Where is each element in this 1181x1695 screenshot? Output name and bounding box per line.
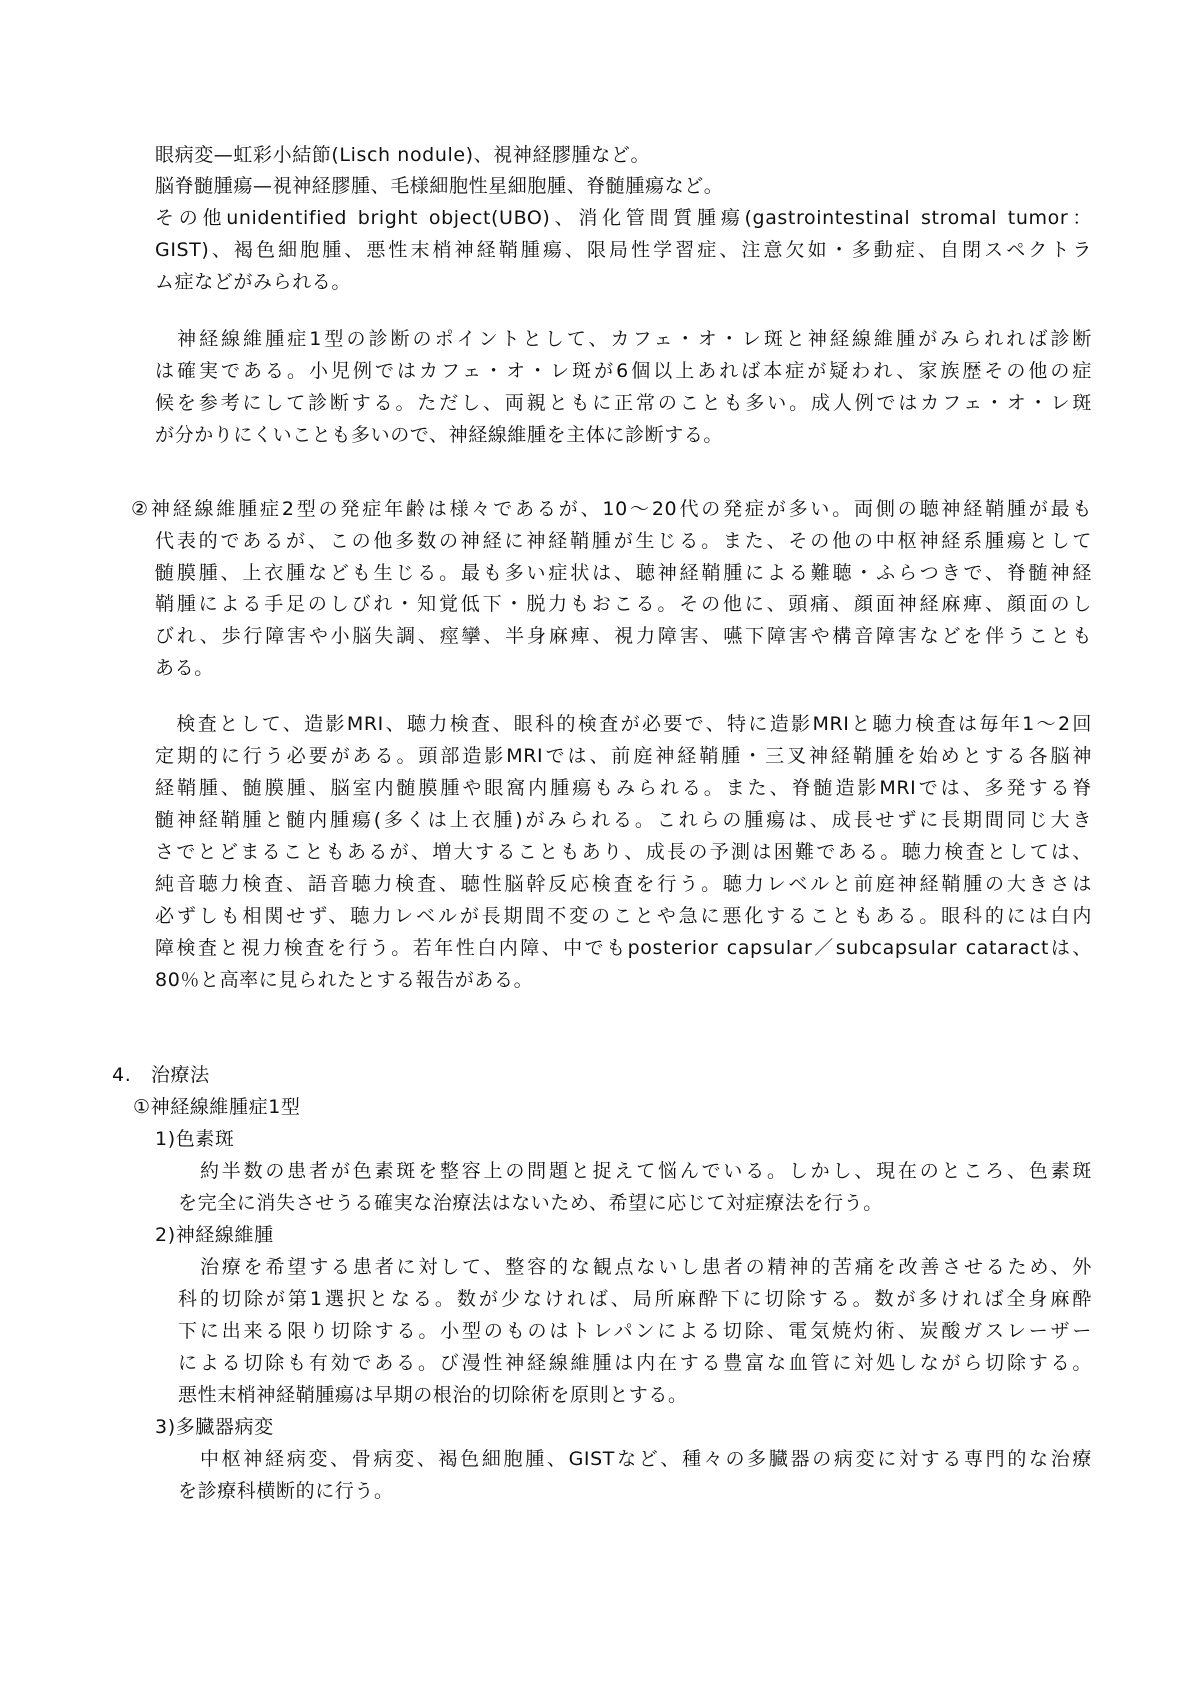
text-line: 悪性末梢神経鞘腫瘍は早期の根治的切除術を原則とする。: [178, 1383, 688, 1407]
text-line: その他unidentified bright object(UBO)、消化管間質…: [155, 206, 1092, 230]
text-line: ある。: [155, 656, 214, 680]
text-line: 定期的に行う必要がある。頭部造影MRIでは、前庭神経鞘腫・三叉神経鞘腫を始めとす…: [155, 744, 1092, 768]
text-line: 治療を希望する患者に対して、整容的な観点ないし患者の精神的苦痛を改善させるため、…: [200, 1255, 1092, 1279]
text-line: は確実である。小児例ではカフェ・オ・レ斑が6個以上あれば本症が疑われ、家族歴その…: [155, 359, 1092, 383]
subsection-heading: ①神経線維腫症1型: [133, 1095, 301, 1119]
text-line: 経鞘腫、髄膜腫、脳室内髄膜腫や眼窩内腫瘍もみられる。また、脊髄造影MRIでは、多…: [155, 776, 1092, 800]
text-line: 代表的であるが、この他多数の神経に神経鞘腫が生じる。また、その他の中枢神経系腫瘍…: [155, 529, 1092, 553]
text-line: 神経線維腫症1型の診断のポイントとして、カフェ・オ・レ斑と神経線維腫がみられれば…: [155, 327, 1092, 351]
item-title: 1)色素斑: [155, 1127, 235, 1151]
text-line: 脳脊髄腫瘍—視神経膠腫、毛様細胞性星細胞腫、脊髄腫瘍など。: [155, 174, 723, 198]
text-line: 約半数の患者が色素斑を整容上の問題と捉えて悩んでいる。しかし、現在のところ、色素…: [200, 1159, 1092, 1183]
section-heading: 4. 治療法: [112, 1063, 210, 1087]
text-line: 科的切除が第1選択となる。数が少なければ、局所麻酔下に切除する。数が多ければ全身…: [178, 1287, 1092, 1311]
text-line: 下に出来る限り切除する。小型のものはトレパンによる切除、電気焼灼術、炭酸ガスレー…: [178, 1319, 1092, 1343]
text-line: 中枢神経病変、骨病変、褐色細胞腫、GISTなど、種々の多臓器の病変に対する専門的…: [200, 1447, 1092, 1471]
text-line: びれ、歩行障害や小脳失調、痙攣、半身麻痺、視力障害、嚥下障害や構音障害などを伴う…: [155, 624, 1092, 648]
text-line: 鞘腫による手足のしびれ・知覚低下・脱力もおこる。その他に、頭痛、顔面神経麻痺、顔…: [155, 592, 1092, 616]
text-line: 眼病変—虹彩小結節(Lisch nodule)、視神経膠腫など。: [155, 143, 650, 167]
text-line: を診療科横断的に行う。: [178, 1479, 394, 1503]
text-line: ②神経線維腫症2型の発症年齢は様々であるが、10～20代の発症が多い。両側の聴神…: [131, 497, 1092, 521]
text-line: 必ずしも相関せず、聴力レベルが長期間不変のことや急に悪化することもある。眼科的に…: [155, 904, 1092, 928]
item-title: 2)神経線維腫: [155, 1223, 274, 1247]
text-line: が分かりにくいことも多いので、神経線維腫を主体に診断する。: [155, 423, 723, 447]
document-page: 眼病変—虹彩小結節(Lisch nodule)、視神経膠腫など。 脳脊髄腫瘍—視…: [0, 0, 1181, 1695]
text-line: 髄神経鞘腫と髄内腫瘍(多くは上衣腫)がみられる。これらの腫瘍は、成長せずに長期間…: [155, 808, 1092, 832]
text-line: さでとどまることもあるが、増大することもあり、成長の予測は困難である。聴力検査と…: [155, 840, 1092, 864]
text-line: 障検査と視力検査を行う。若年性白内障、中でもposterior capsular…: [155, 936, 1092, 960]
text-line: 80％と高率に見られたとする報告がある。: [155, 968, 533, 992]
text-line: 検査として、造影MRI、聴力検査、眼科的検査が必要で、特に造影MRIと聴力検査は…: [155, 712, 1092, 736]
text-line: GIST)、褐色細胞腫、悪性末梢神経鞘腫瘍、限局性学習症、注意欠如・多動症、自閉…: [155, 238, 1092, 262]
item-title: 3)多臓器病変: [155, 1415, 274, 1439]
text-line: による切除も有効である。び漫性神経線維腫は内在する豊富な血管に対処しながら切除す…: [178, 1351, 1092, 1375]
text-line: を完全に消失させうる確実な治療法はないため、希望に応じて対症療法を行う。: [178, 1191, 883, 1215]
text-line: ム症などがみられる。: [155, 270, 351, 294]
text-line: 純音聴力検査、語音聴力検査、聴性脳幹反応検査を行う。聴力レベルと前庭神経鞘腫の大…: [155, 872, 1092, 896]
text-line: 髄膜腫、上衣腫なども生じる。最も多い症状は、聴神経鞘腫による難聴・ふらつきで、脊…: [155, 561, 1092, 585]
text-line: 候を参考にして診断する。ただし、両親ともに正常のことも多い。成人例ではカフェ・オ…: [155, 391, 1092, 415]
